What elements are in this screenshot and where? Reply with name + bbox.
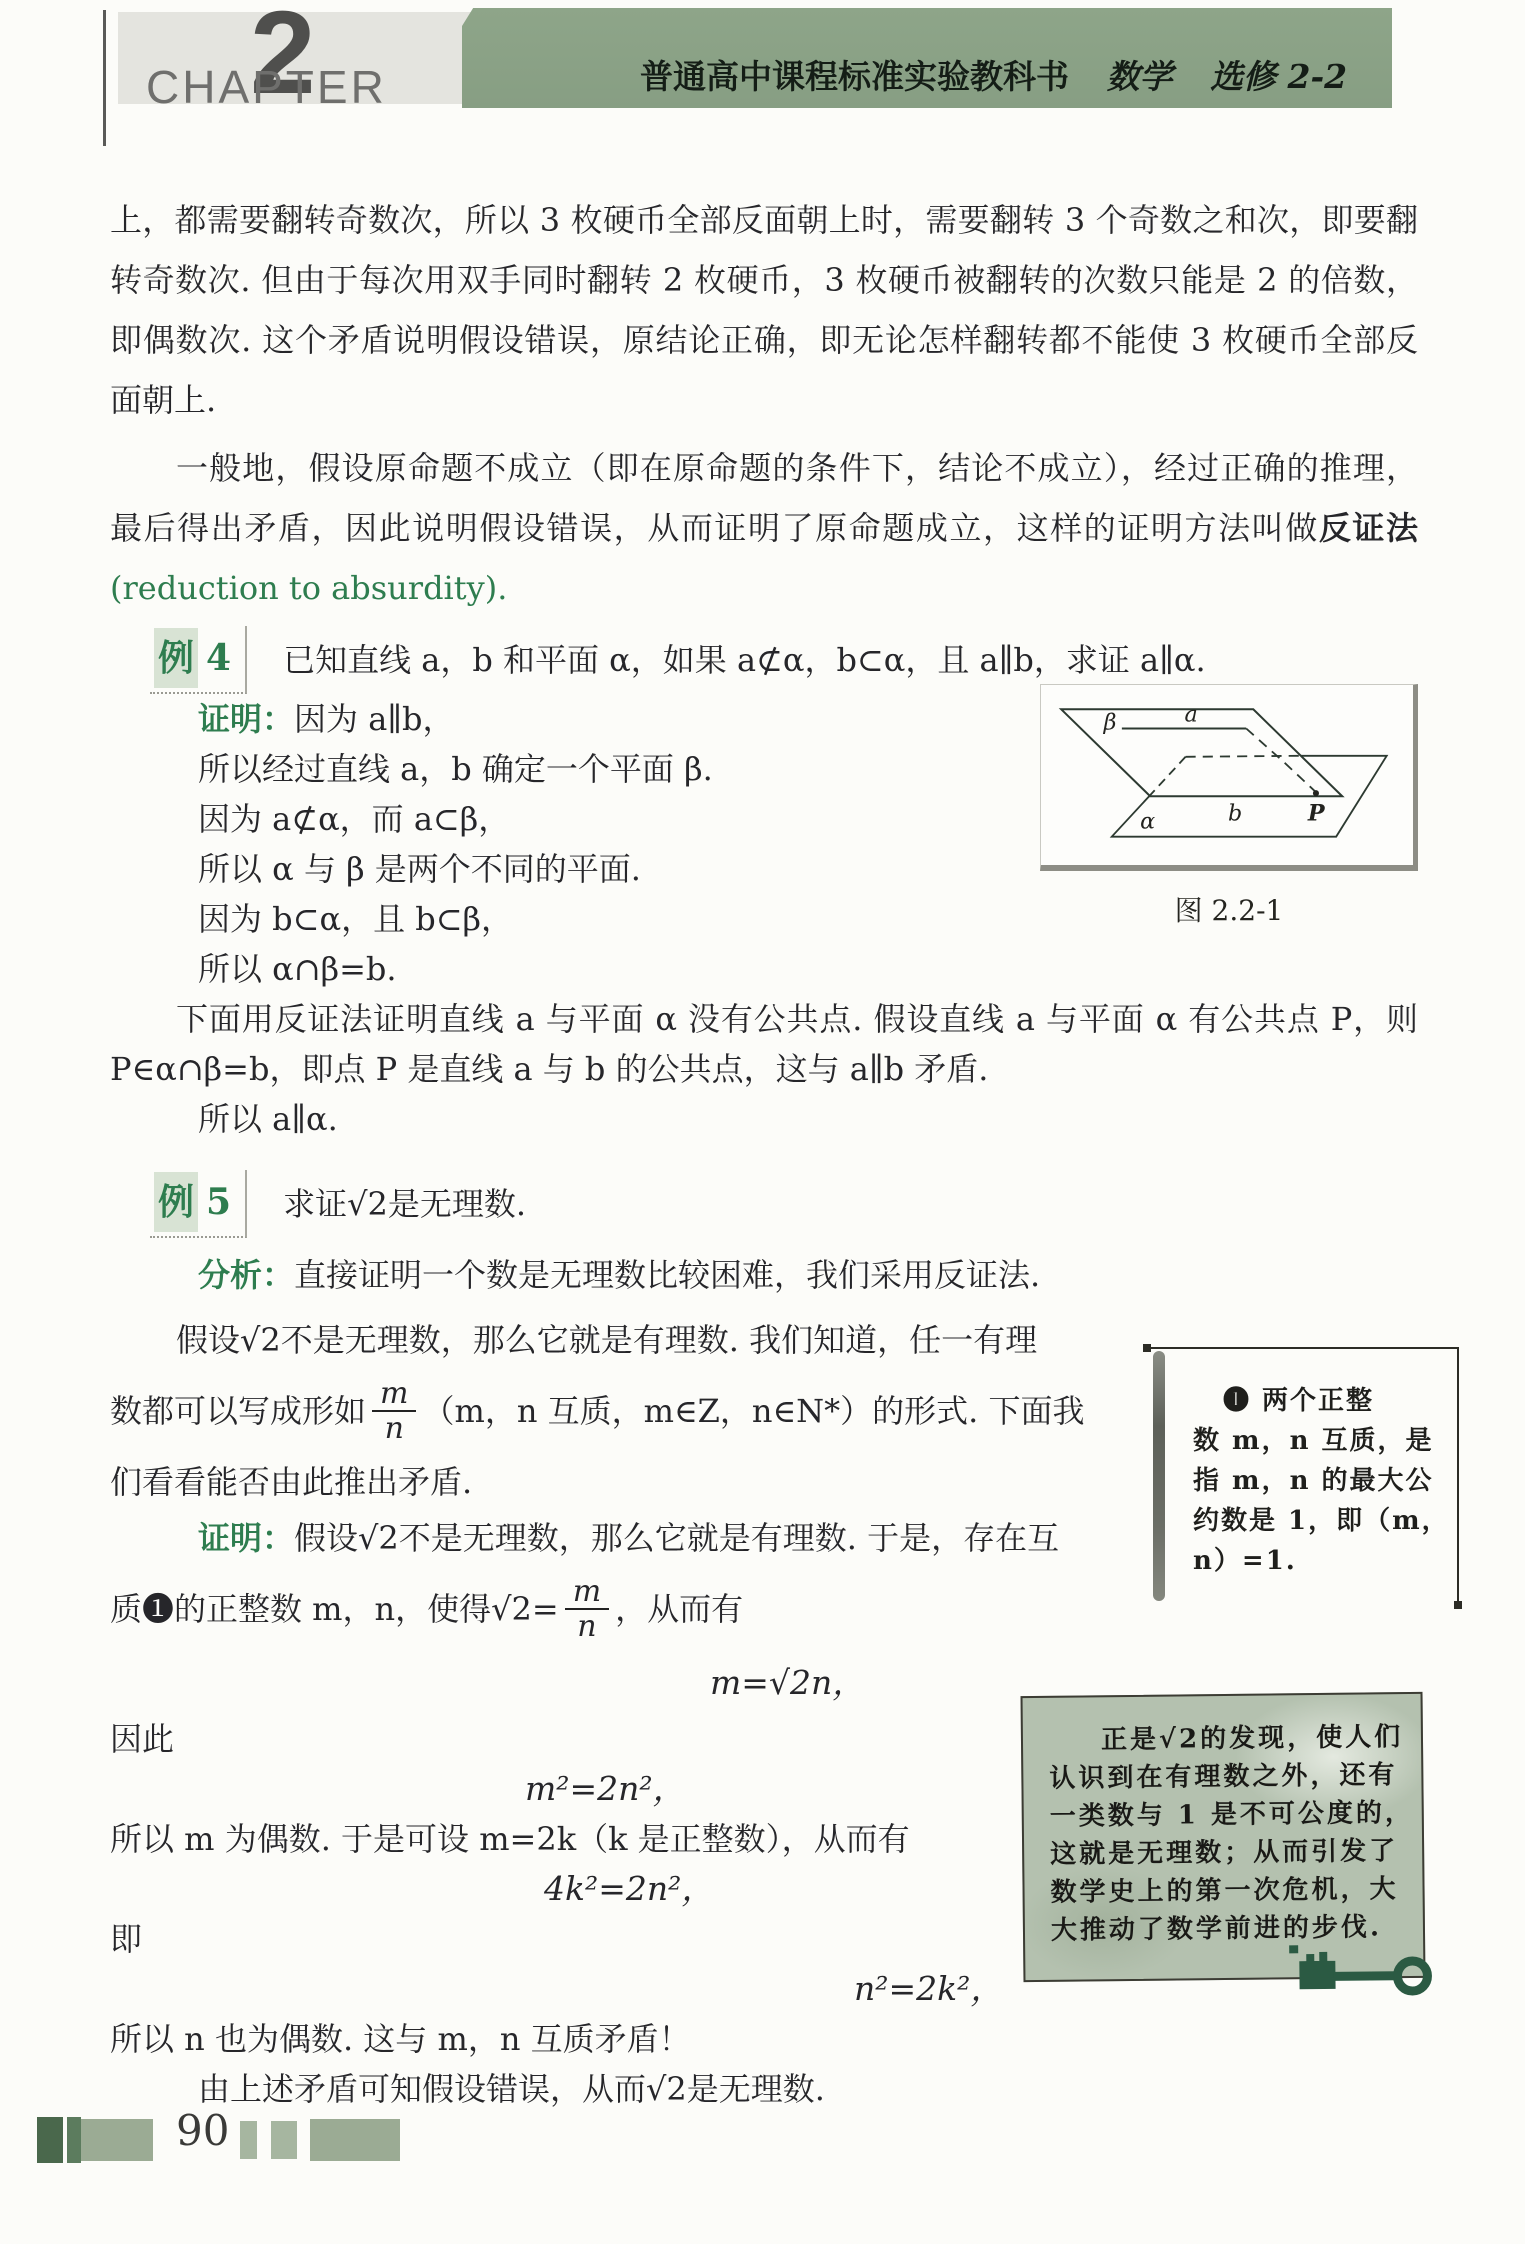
example-badge-number: 4: [198, 628, 231, 688]
brush-stroke-decoration: [1153, 1351, 1165, 1601]
history-note-sqrt2: 正是√2的发现，使人们 认识到在有理数之外，还有 一类数与 1 是不可公度的， …: [1021, 1692, 1426, 1982]
label-a: a: [1185, 701, 1198, 727]
analysis-label: 分析：: [198, 1256, 294, 1294]
note-line: 认识到在有理数之外，还有: [1049, 1756, 1407, 1798]
book-title: 普通高中课程标准实验教科书 数学 选修 2-2: [640, 51, 1347, 98]
book-title-volume: 选修 2-2: [1210, 57, 1347, 96]
proof-text: 假设√2不是无理数，那么它就是有理数. 于是，存在互: [294, 1519, 1059, 1557]
analysis-line: 分析：直接证明一个数是无理数比较困难，我们采用反证法.: [110, 1250, 1418, 1300]
example-badge-char: 例: [154, 628, 198, 688]
paragraph-fanzhengfa: 一般地，假设原命题不成立（即在原命题的条件下，结论不成立），经过正确的推理， 最…: [110, 438, 1418, 618]
example4-badge: 例 4: [150, 626, 247, 694]
example5-badge: 例 5: [150, 1170, 247, 1238]
fraction-denominator: n: [372, 1412, 416, 1445]
chapter-word: CHAPTER: [146, 60, 387, 114]
footer-block-mid: [67, 2117, 81, 2163]
paragraph-line: 最后得出矛盾，因此说明假设错误，从而证明了原命题成立，这样的证明方法叫做反证法: [110, 498, 1418, 558]
proof-text: 因为 a∥b，: [294, 700, 455, 738]
proof-conclusion-line: 由上述矛盾可知假设错误，从而√2是无理数.: [110, 2064, 1418, 2114]
note-line: 正是√2的发现，使人们: [1049, 1718, 1407, 1760]
label-beta: β: [1103, 710, 1117, 736]
label-p: P: [1307, 800, 1326, 826]
planes-diagram: β a α b P: [1041, 685, 1413, 865]
paragraph-coins: 上，都需要翻转奇数次，所以 3 枚硬币全部反面朝上时，需要翻转 3 个奇数之和次…: [110, 190, 1418, 430]
header-left-rule: [103, 10, 106, 146]
note-line: 这就是无理数；从而引发了: [1050, 1832, 1408, 1874]
paragraph-text: （m，n 互质，m∈Z，n∈N*）的形式. 下面我: [422, 1381, 1084, 1441]
note-line: 约数是 1，即（m，: [1193, 1501, 1450, 1541]
footer-block-small: [240, 2121, 257, 2159]
proof-label: 证明：: [198, 1519, 294, 1557]
example-badge-number: 5: [198, 1172, 231, 1232]
note-line: ❶ 两个正整: [1193, 1381, 1450, 1421]
paragraph-line: P∈α∩β=b，即点 P 是直线 a 与 b 的公共点，这与 a∥b 矛盾.: [110, 1044, 1418, 1094]
book-title-main: 普通高中课程标准实验教科书: [640, 57, 1069, 96]
figure-caption: 图 2.2-1: [1040, 889, 1418, 929]
margin-note-coprime: ❶ 两个正整 数 m，n 互质，是 指 m，n 的最大公 约数是 1，即（m， …: [1145, 1347, 1459, 1607]
proof-line: 所以 α∩β=b.: [110, 944, 1418, 994]
history-note-text: 正是√2的发现，使人们 认识到在有理数之外，还有 一类数与 1 是不可公度的， …: [1023, 1694, 1424, 1950]
example4-heading: 例 4 已知直线 a，b 和平面 α，如果 a⊄α，b⊂α，且 a∥b，求证 a…: [110, 628, 1418, 692]
label-b: b: [1228, 800, 1242, 826]
proof-line: 所以 n 也为偶数. 这与 m，n 互质矛盾！: [110, 2014, 1418, 2064]
analysis-text: 直接证明一个数是无理数比较困难，我们采用反证法.: [294, 1256, 1040, 1294]
proof-text: ，从而有: [615, 1579, 743, 1639]
key-icon: [1287, 1940, 1438, 2002]
page-number: 90: [176, 2106, 229, 2155]
proof-label: 证明：: [198, 700, 294, 738]
paragraph-line: 所以 a∥α.: [110, 1094, 1418, 1144]
footer-block-small: [271, 2121, 297, 2159]
proof-text: 质❶的正整数 m，n，使得√2=: [110, 1579, 559, 1639]
fraction-numerator: m: [372, 1377, 416, 1412]
label-alpha: α: [1140, 809, 1155, 835]
figure-2-2-1: β a α b P 图 2.2-1: [1040, 684, 1418, 929]
fraction-numerator: m: [565, 1575, 609, 1610]
note-line: 数学史上的第一次危机，大: [1050, 1870, 1408, 1912]
paragraph-text: 数都可以写成形如: [110, 1381, 366, 1441]
note-line: n）=1.: [1193, 1541, 1450, 1581]
margin-note-text: ❶ 两个正整 数 m，n 互质，是 指 m，n 的最大公 约数是 1，即（m， …: [1193, 1381, 1450, 1581]
english-term: (reduction to absurdity).: [110, 558, 1418, 618]
example5-statement: 求证√2是无理数.: [283, 1174, 526, 1234]
note-line: 一类数与 1 是不可公度的，: [1050, 1794, 1408, 1836]
paragraph-line: 即偶数次. 这个矛盾说明假设错误，原结论正确，即无论怎样翻转都不能使 3 枚硬币…: [110, 310, 1418, 370]
fraction-m-over-n: m n: [372, 1377, 416, 1445]
book-title-subject: 数学: [1107, 57, 1173, 96]
footer-block-dark: [37, 2117, 63, 2163]
book-title-banner: 普通高中课程标准实验教科书 数学 选修 2-2: [462, 8, 1392, 108]
figure-box: β a α b P: [1040, 684, 1418, 871]
footer-block-wide: [310, 2119, 400, 2161]
example4-statement: 已知直线 a，b 和平面 α，如果 a⊄α，b⊂α，且 a∥b，求证 a∥α.: [283, 630, 1206, 690]
footer-block-light: [81, 2119, 153, 2161]
example5-heading: 例 5 求证√2是无理数.: [110, 1172, 1418, 1236]
paragraph-line: 转奇数次. 但由于每次用双手同时翻转 2 枚硬币，3 枚硬币被翻转的次数只能是 …: [110, 250, 1418, 310]
paragraph-example4-conclusion: 下面用反证法证明直线 a 与平面 α 没有公共点. 假设直线 a 与平面 α 有…: [110, 994, 1418, 1144]
fraction-m-over-n: m n: [565, 1575, 609, 1643]
term-fanzhengfa: 反证法: [1319, 509, 1418, 547]
note-line: 指 m，n 的最大公: [1193, 1461, 1450, 1501]
paragraph-line: 面朝上.: [110, 370, 1418, 430]
paragraph-line: 上，都需要翻转奇数次，所以 3 枚硬币全部反面朝上时，需要翻转 3 个奇数之和次…: [110, 190, 1418, 250]
paragraph-text: 最后得出矛盾，因此说明假设错误，从而证明了原命题成立，这样的证明方法叫做: [110, 509, 1319, 547]
note-line: 数 m，n 互质，是: [1193, 1421, 1450, 1461]
paragraph-line: 下面用反证法证明直线 a 与平面 α 没有公共点. 假设直线 a 与平面 α 有…: [110, 994, 1418, 1044]
paragraph-line: 一般地，假设原命题不成立（即在原命题的条件下，结论不成立），经过正确的推理，: [110, 438, 1418, 498]
page-header: 2 CHAPTER 普通高中课程标准实验教科书 数学 选修 2-2: [0, 0, 1525, 150]
textbook-page: 2 CHAPTER 普通高中课程标准实验教科书 数学 选修 2-2 上，都需要翻…: [0, 0, 1525, 2244]
point-p-dot: [1313, 790, 1319, 796]
example-badge-char: 例: [154, 1172, 198, 1232]
fraction-denominator: n: [565, 1610, 609, 1643]
